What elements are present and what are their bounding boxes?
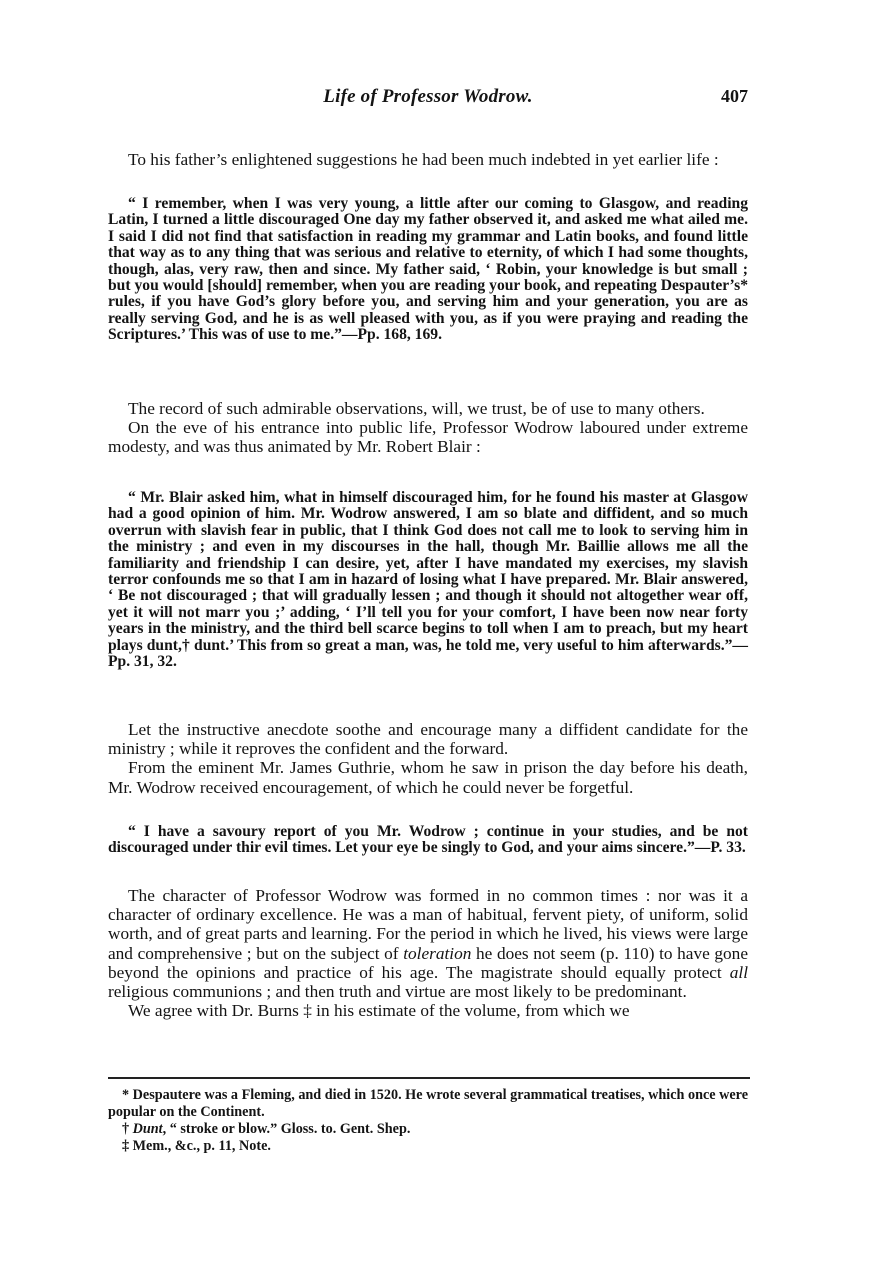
paragraph: On the eve of his entrance into public l… [108,418,748,456]
paragraph: To his father’s enlightened suggestions … [108,150,748,169]
footnote: ‡ Mem., &c., p. 11, Note. [108,1138,748,1155]
paragraph: The character of Professor Wodrow was fo… [108,886,748,1001]
emphasis: Dunt [133,1121,163,1137]
block-quote: “ I have a savoury report of you Mr. Wod… [108,824,748,857]
footnotes: * Despautere was a Fleming, and died in … [108,1087,748,1155]
block-quote: “ I remember, when I was very young, a l… [108,196,748,344]
text-run: , “ stroke or blow.” Gloss. to. Gent. Sh… [163,1121,411,1137]
footnote-mark: † [122,1121,133,1137]
running-title: Life of Professor Wodrow. [108,86,748,108]
emphasis: all [730,963,748,982]
footnote-divider [108,1077,750,1079]
text-run: religious communions ; and then truth an… [108,982,687,1001]
paragraph: The record of such admirable observation… [108,399,748,418]
paragraph: From the eminent Mr. James Guthrie, whom… [108,758,748,796]
page-header: Life of Professor Wodrow. 407 [108,86,748,116]
emphasis: toleration [403,944,471,963]
quote-block-1: “ I remember, when I was very young, a l… [108,196,748,344]
footnote: * Despautere was a Fleming, and died in … [108,1087,748,1121]
page-number: 407 [721,86,748,107]
paragraph: Let the instructive anecdote soothe and … [108,720,748,758]
body-block-1: To his father’s enlightened suggestions … [108,150,748,169]
paragraph: We agree with Dr. Burns ‡ in his estimat… [108,1001,748,1020]
block-quote: “ Mr. Blair asked him, what in himself d… [108,490,748,670]
body-block-3: Let the instructive anecdote soothe and … [108,720,748,797]
body-block-4: The character of Professor Wodrow was fo… [108,886,748,1020]
quote-block-3: “ I have a savoury report of you Mr. Wod… [108,824,748,857]
footnote: † Dunt, “ stroke or blow.” Gloss. to. Ge… [108,1121,748,1138]
quote-block-2: “ Mr. Blair asked him, what in himself d… [108,490,748,670]
body-block-2: The record of such admirable observation… [108,399,748,457]
